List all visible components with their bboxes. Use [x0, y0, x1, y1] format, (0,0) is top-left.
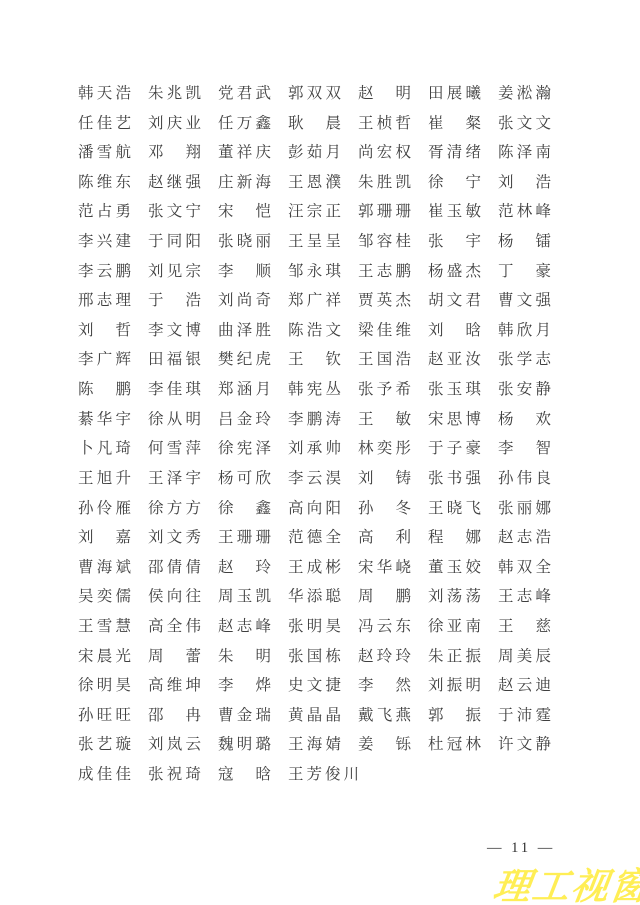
person-name: 孙旺旺 [78, 707, 131, 724]
person-name: 赵志峰 [218, 618, 271, 635]
person-name: 何雪萍 [148, 440, 201, 457]
person-name: 刘岚云 [148, 736, 201, 753]
person-name: 张艺璇 [78, 736, 131, 753]
roster-row: 孙旺旺邵冉曹金瑞黄晶晶戴飞燕郭振于沛霆 [78, 707, 578, 737]
page-number: — 11 — [487, 840, 555, 857]
person-name: 郭振 [428, 707, 481, 724]
person-name: 党君武 [218, 85, 271, 102]
person-name: 杨可欣 [218, 470, 271, 487]
person-name: 王国浩 [358, 351, 411, 368]
person-name: 张文文 [498, 115, 551, 132]
roster-row: 李广辉田福银樊纪虎王钦王国浩赵亚汝张学志 [78, 351, 578, 381]
person-name: 侯向往 [148, 588, 201, 605]
person-name: 丁豪 [498, 263, 551, 280]
roster-row: 韩天浩朱兆凯党君武郭双双赵明田展曦姜淞瀚 [78, 85, 578, 115]
person-name: 张明昊 [288, 618, 341, 635]
person-name: 王钦 [288, 351, 341, 368]
roster-row: 潘雪航邓翔董祥庆彭茹月尚宏权胥清绪陈泽南 [78, 144, 578, 174]
roster-row: 陈鹏李佳琪郑涵月韩宪丛张予希张玉琪张安静 [78, 381, 578, 411]
person-name: 吕金玲 [218, 411, 271, 428]
person-name: 朱明 [218, 648, 271, 665]
person-name: 刘嘉 [78, 529, 131, 546]
person-name: 高全伟 [148, 618, 201, 635]
person-name: 刘晗 [428, 322, 481, 339]
person-name: 韩双全 [498, 559, 551, 576]
person-name: 刘铸 [358, 470, 411, 487]
roster-row: 邢志理于浩刘尚奇郑广祥贾英杰胡文君曹文强 [78, 292, 578, 322]
person-name: 李鹏涛 [288, 411, 341, 428]
person-name: 田福银 [148, 351, 201, 368]
person-name: 刘文秀 [148, 529, 201, 546]
person-name: 韩宪丛 [288, 381, 341, 398]
person-name: 宋恺 [218, 203, 271, 220]
person-name: 徐宪泽 [218, 440, 271, 457]
roster-row: 陈维东赵继强庄新海王恩濮朱胜凯徐宁刘浩 [78, 174, 578, 204]
person-name: 宋思博 [428, 411, 481, 428]
person-name: 杨欢 [498, 411, 551, 428]
person-name: 于沛霆 [498, 707, 551, 724]
person-name: 张予希 [358, 381, 411, 398]
person-name: 朱正振 [428, 648, 481, 665]
person-name: 李云鹏 [78, 263, 131, 280]
person-name: 孙冬 [358, 500, 411, 517]
person-name: 韩欣月 [498, 322, 551, 339]
person-name: 王慈 [498, 618, 551, 635]
person-name: 王泽宇 [148, 470, 201, 487]
person-name: 卜凡琦 [78, 440, 131, 457]
person-name: 刘见宗 [148, 263, 201, 280]
person-name: 李文博 [148, 322, 201, 339]
person-name: 朱兆凯 [148, 85, 201, 102]
person-name: 许文静 [498, 736, 551, 753]
person-name: 姜铄 [358, 736, 411, 753]
person-name: 孙伟良 [498, 470, 551, 487]
person-name: 徐亚南 [428, 618, 481, 635]
person-name: 董祥庆 [218, 144, 271, 161]
roster-row: 刘嘉刘文秀王珊珊范德全高利程娜赵志浩 [78, 529, 578, 559]
person-name: 李烨 [218, 677, 271, 694]
person-name: 徐方方 [148, 500, 201, 517]
person-name: 邹容桂 [358, 233, 411, 250]
person-name: 田展曦 [428, 85, 481, 102]
person-name: 王敏 [358, 411, 411, 428]
person-name: 王珊珊 [218, 529, 271, 546]
person-name: 綦华宇 [78, 411, 131, 428]
person-name: 郭珊珊 [358, 203, 411, 220]
person-name: 汪宗正 [288, 203, 341, 220]
person-name: 张书强 [428, 470, 481, 487]
person-name: 贾英杰 [358, 292, 411, 309]
person-name: 周鹏 [358, 588, 411, 605]
person-name: 邵倩倩 [148, 559, 201, 576]
person-name: 李智 [498, 440, 551, 457]
roster-row: 任佳艺刘庆业任万鑫耿晨王桢哲崔粲张文文 [78, 115, 578, 145]
roster-row: 孙伶雁徐方方徐鑫高向阳孙冬王晓飞张丽娜 [78, 500, 578, 530]
person-name: 李佳琪 [148, 381, 201, 398]
person-name: 崔粲 [428, 115, 481, 132]
person-name: 赵玲 [218, 559, 271, 576]
person-name: 李广辉 [78, 351, 131, 368]
person-name: 赵志浩 [498, 529, 551, 546]
person-name: 潘雪航 [78, 144, 131, 161]
person-name: 高向阳 [288, 500, 341, 517]
roster-row: 刘哲李文博曲泽胜陈浩文梁佳维刘晗韩欣月 [78, 322, 578, 352]
person-name: 曹金瑞 [218, 707, 271, 724]
person-name: 戴飞燕 [358, 707, 411, 724]
roster-row: 吴奕儒侯向往周玉凯华添聪周鹏刘荡荡王志峰 [78, 588, 578, 618]
person-name: 赵云迪 [498, 677, 551, 694]
person-name: 徐明昊 [78, 677, 131, 694]
roster-row: 成佳佳张祝琦寇晗王芳俊川 [78, 766, 578, 796]
person-name: 冯云东 [358, 618, 411, 635]
person-name: 董玉姣 [428, 559, 481, 576]
person-name: 于浩 [148, 292, 201, 309]
person-name: 陈泽南 [498, 144, 551, 161]
person-name: 樊纪虎 [218, 351, 271, 368]
person-name: 华添聪 [288, 588, 341, 605]
person-name: 郭双双 [288, 85, 341, 102]
person-name: 王志峰 [498, 588, 551, 605]
person-name: 彭茹月 [288, 144, 341, 161]
document-page: 韩天浩朱兆凯党君武郭双双赵明田展曦姜淞瀚任佳艺刘庆业任万鑫耿晨王桢哲崔粲张文文潘… [0, 0, 640, 905]
person-name: 王成彬 [288, 559, 341, 576]
person-name: 高维坤 [148, 677, 201, 694]
person-name: 李然 [358, 677, 411, 694]
person-name: 史文捷 [288, 677, 341, 694]
person-name: 曹海斌 [78, 559, 131, 576]
person-name: 王呈呈 [288, 233, 341, 250]
person-name: 范德全 [288, 529, 341, 546]
person-name: 张宇 [428, 233, 481, 250]
person-name: 宋华峣 [358, 559, 411, 576]
person-name: 曹文强 [498, 292, 551, 309]
person-name: 周蕾 [148, 648, 201, 665]
person-name: 刘哲 [78, 322, 131, 339]
person-name: 任佳艺 [78, 115, 131, 132]
person-name: 邹永琪 [288, 263, 341, 280]
person-name: 李兴建 [78, 233, 131, 250]
person-name: 王芳俊川 [288, 766, 359, 783]
person-name: 胥清绪 [428, 144, 481, 161]
person-name: 韩天浩 [78, 85, 131, 102]
person-name: 徐宁 [428, 174, 481, 191]
person-name: 王恩濮 [288, 174, 341, 191]
person-name: 朱胜凯 [358, 174, 411, 191]
person-name: 庄新海 [218, 174, 271, 191]
person-name: 徐从明 [148, 411, 201, 428]
person-name: 张晓丽 [218, 233, 271, 250]
person-name: 周美辰 [498, 648, 551, 665]
roster-row: 綦华宇徐从明吕金玲李鹏涛王敏宋思博杨欢 [78, 411, 578, 441]
person-name: 范林峰 [498, 203, 551, 220]
person-name: 杨镭 [498, 233, 551, 250]
person-name: 于同阳 [148, 233, 201, 250]
person-name: 刘振明 [428, 677, 481, 694]
person-name: 吴奕儒 [78, 588, 131, 605]
person-name: 范占勇 [78, 203, 131, 220]
person-name: 寇晗 [218, 766, 271, 783]
person-name: 陈鹏 [78, 381, 131, 398]
person-name: 耿晨 [288, 115, 341, 132]
person-name: 尚宏权 [358, 144, 411, 161]
person-name: 刘庆业 [148, 115, 201, 132]
roster-row: 宋晨光周蕾朱明张国栋赵玲玲朱正振周美辰 [78, 648, 578, 678]
person-name: 赵亚汝 [428, 351, 481, 368]
person-name: 曲泽胜 [218, 322, 271, 339]
person-name: 刘尚奇 [218, 292, 271, 309]
person-name: 邓翔 [148, 144, 201, 161]
person-name: 刘荡荡 [428, 588, 481, 605]
person-name: 王旭升 [78, 470, 131, 487]
person-name: 张安静 [498, 381, 551, 398]
roster-row: 王旭升王泽宇杨可欣李云淏刘铸张书强孙伟良 [78, 470, 578, 500]
person-name: 程娜 [428, 529, 481, 546]
person-name: 张国栋 [288, 648, 341, 665]
person-name: 刘承帅 [288, 440, 341, 457]
person-name: 胡文君 [428, 292, 481, 309]
person-name: 任万鑫 [218, 115, 271, 132]
roster-row: 李兴建于同阳张晓丽王呈呈邹容桂张宇杨镭 [78, 233, 578, 263]
person-name: 邵冉 [148, 707, 201, 724]
person-name: 高利 [358, 529, 411, 546]
name-roster-grid: 韩天浩朱兆凯党君武郭双双赵明田展曦姜淞瀚任佳艺刘庆业任万鑫耿晨王桢哲崔粲张文文潘… [78, 85, 578, 796]
person-name: 陈维东 [78, 174, 131, 191]
person-name: 于子豪 [428, 440, 481, 457]
roster-row: 王雪慧高全伟赵志峰张明昊冯云东徐亚南王慈 [78, 618, 578, 648]
roster-row: 徐明昊高维坤李烨史文捷李然刘振明赵云迪 [78, 677, 578, 707]
person-name: 李顺 [218, 263, 271, 280]
person-name: 张文宁 [148, 203, 201, 220]
person-name: 林奕彤 [358, 440, 411, 457]
roster-row: 曹海斌邵倩倩赵玲王成彬宋华峣董玉姣韩双全 [78, 559, 578, 589]
roster-row: 范占勇张文宁宋恺汪宗正郭珊珊崔玉敏范林峰 [78, 203, 578, 233]
person-name: 刘浩 [498, 174, 551, 191]
person-name: 张祝琦 [148, 766, 201, 783]
person-name: 张玉琪 [428, 381, 481, 398]
person-name: 杜冠林 [428, 736, 481, 753]
person-name: 赵明 [358, 85, 411, 102]
person-name: 赵继强 [148, 174, 201, 191]
watermark-logo: 理工视窗 [490, 856, 640, 905]
person-name: 王晓飞 [428, 500, 481, 517]
person-name: 王志鹏 [358, 263, 411, 280]
person-name: 成佳佳 [78, 766, 131, 783]
person-name: 陈浩文 [288, 322, 341, 339]
person-name: 邢志理 [78, 292, 131, 309]
person-name: 张学志 [498, 351, 551, 368]
person-name: 王雪慧 [78, 618, 131, 635]
person-name: 徐鑫 [218, 500, 271, 517]
person-name: 宋晨光 [78, 648, 131, 665]
person-name: 杨盛杰 [428, 263, 481, 280]
person-name: 魏明璐 [218, 736, 271, 753]
person-name: 赵玲玲 [358, 648, 411, 665]
roster-row: 卜凡琦何雪萍徐宪泽刘承帅林奕彤于子豪李智 [78, 440, 578, 470]
person-name: 周玉凯 [218, 588, 271, 605]
person-name: 姜淞瀚 [498, 85, 551, 102]
person-name: 黄晶晶 [288, 707, 341, 724]
person-name: 王桢哲 [358, 115, 411, 132]
person-name: 崔玉敏 [428, 203, 481, 220]
person-name: 郑涵月 [218, 381, 271, 398]
person-name: 王海婧 [288, 736, 341, 753]
person-name: 郑广祥 [288, 292, 341, 309]
person-name: 梁佳维 [358, 322, 411, 339]
person-name: 孙伶雁 [78, 500, 131, 517]
person-name: 李云淏 [288, 470, 341, 487]
roster-row: 李云鹏刘见宗李顺邹永琪王志鹏杨盛杰丁豪 [78, 263, 578, 293]
person-name: 张丽娜 [498, 500, 551, 517]
roster-row: 张艺璇刘岚云魏明璐王海婧姜铄杜冠林许文静 [78, 736, 578, 766]
